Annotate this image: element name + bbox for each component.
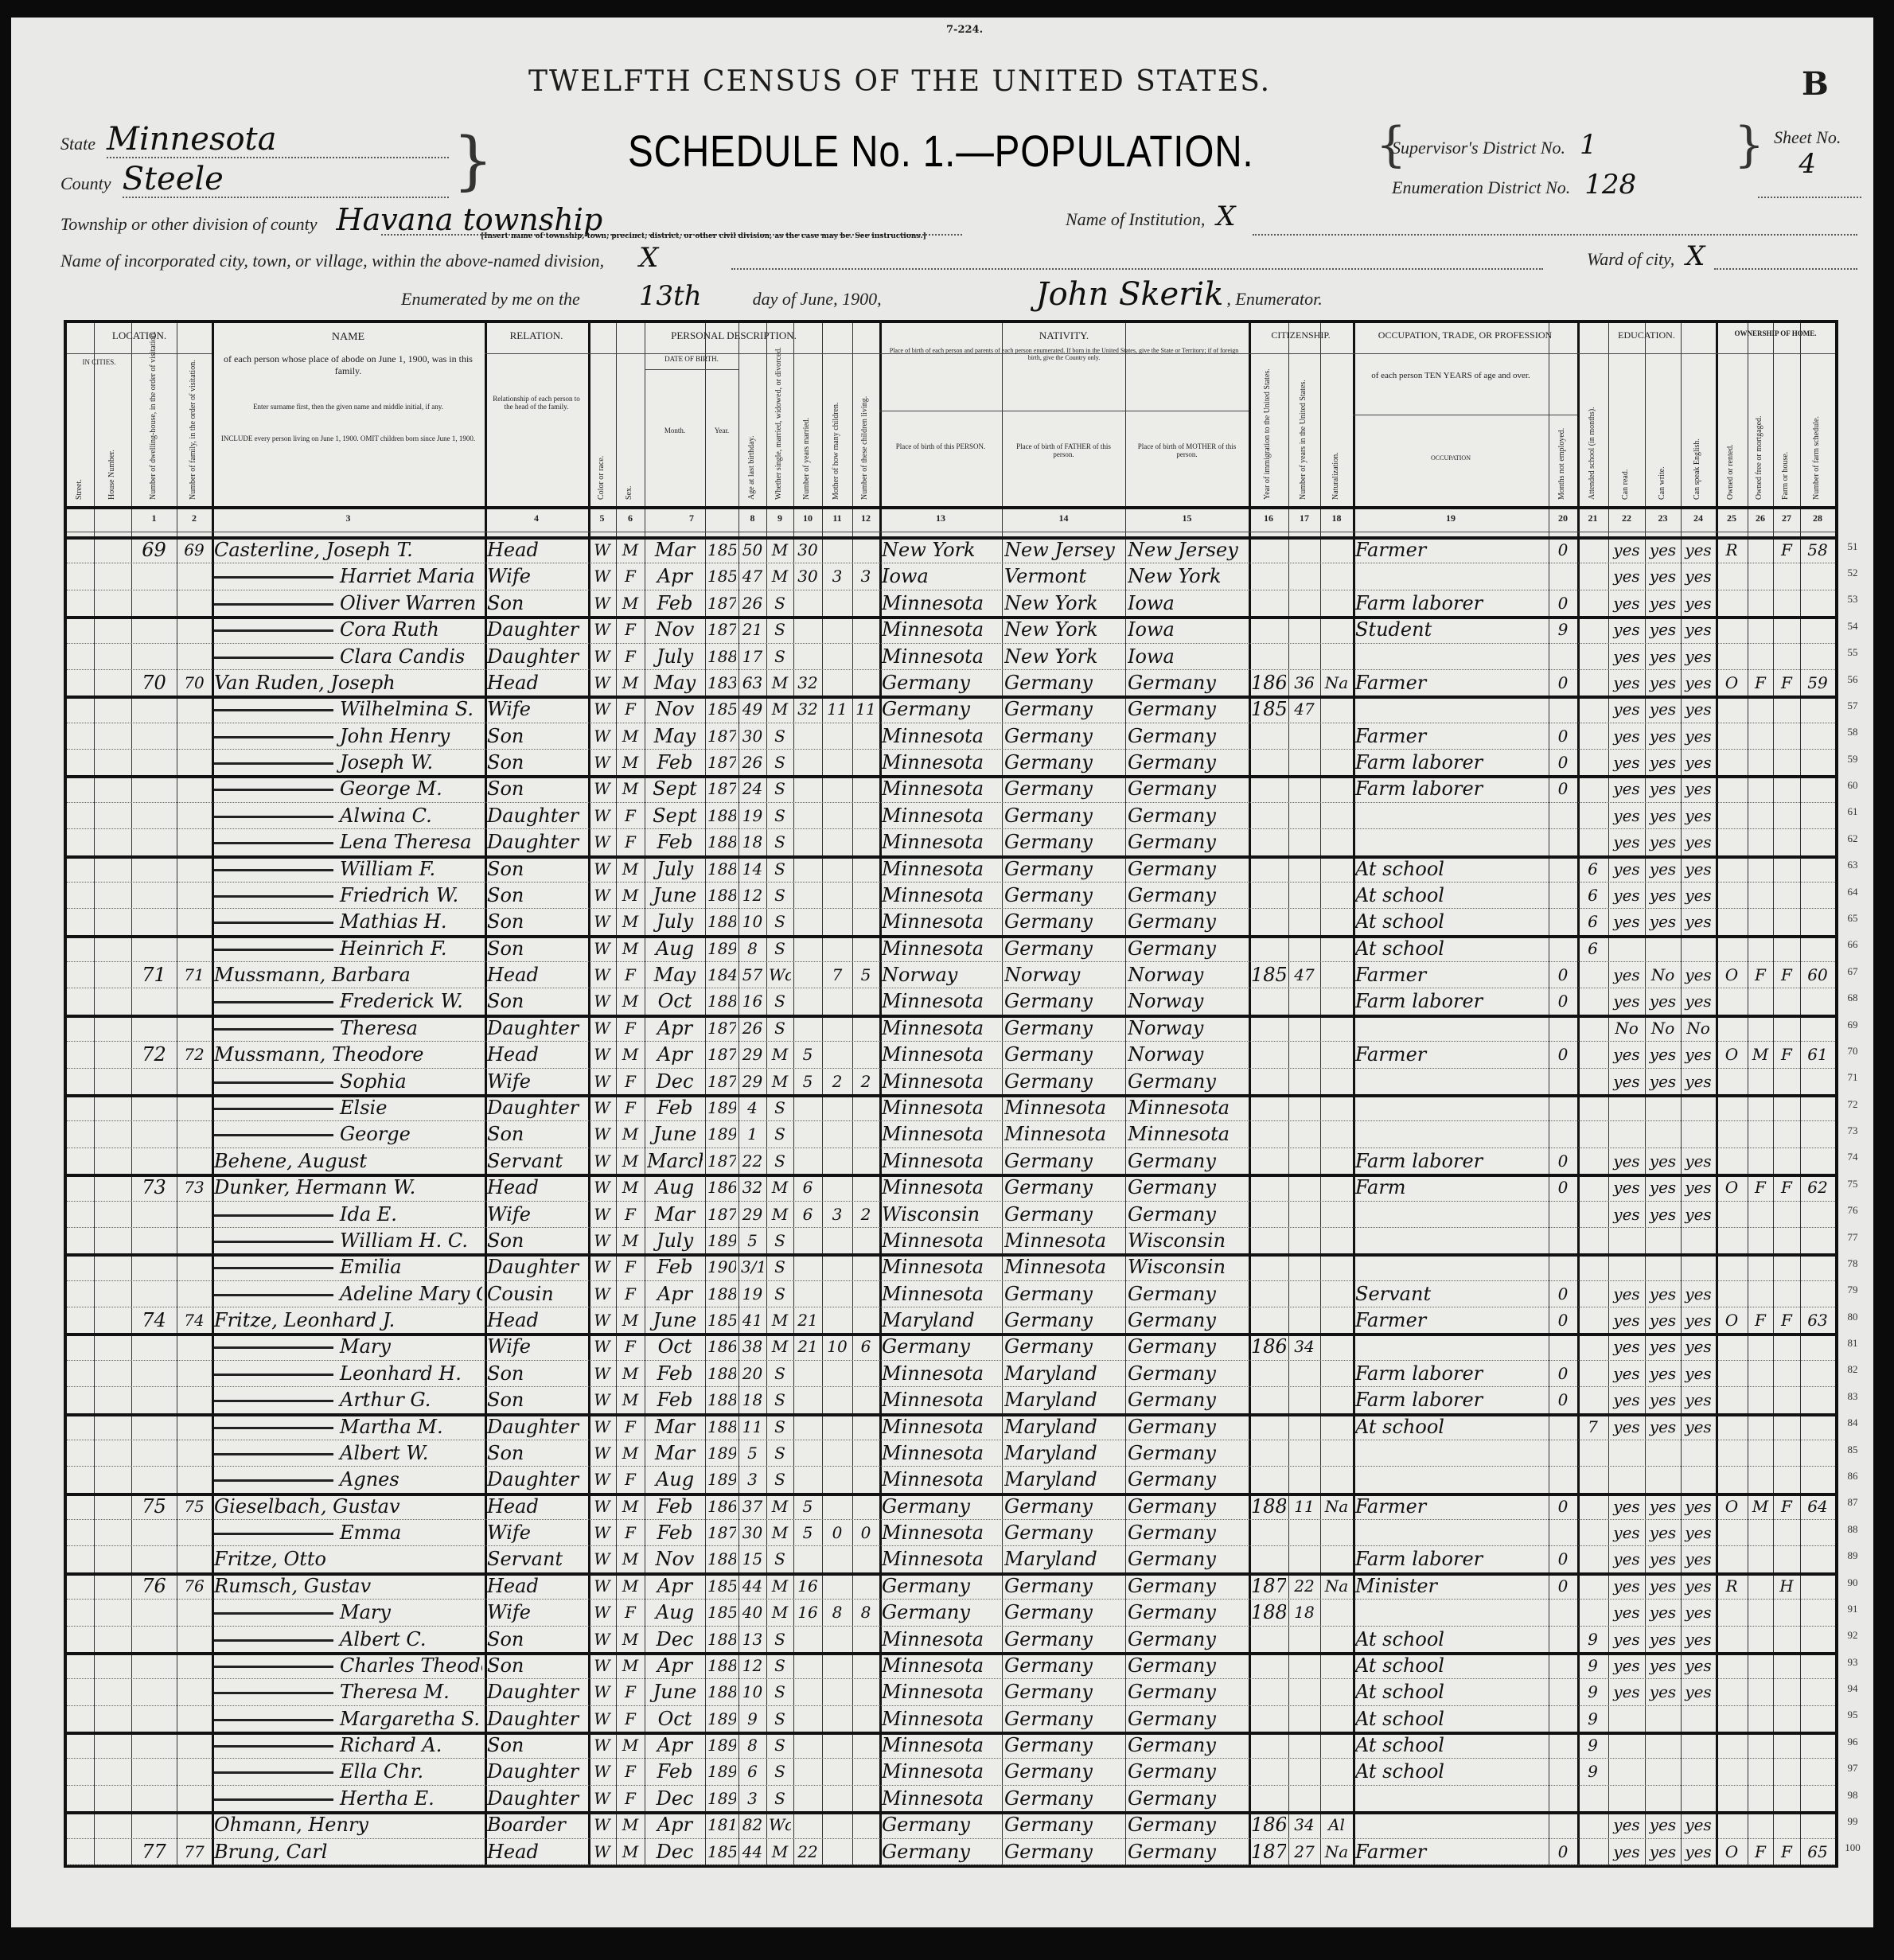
cell-cl xyxy=(855,1361,877,1385)
cell-mne: 9 xyxy=(1551,617,1575,641)
cell-yr: 1900 xyxy=(707,1254,736,1279)
cell-own: O xyxy=(1718,1175,1745,1199)
cell-col: W xyxy=(590,803,614,828)
cell-fs xyxy=(1802,856,1833,881)
cell-own xyxy=(1718,1254,1745,1279)
cell-age: 5 xyxy=(741,1440,764,1465)
cell-mar: S xyxy=(769,1095,791,1120)
cell-own xyxy=(1718,1281,1745,1306)
cell-fh xyxy=(1775,696,1798,721)
cell-fam xyxy=(179,1520,209,1545)
cell-imm xyxy=(1251,1281,1286,1306)
cell-own xyxy=(1718,1228,1745,1253)
cell-name: Richard A. xyxy=(214,1732,482,1757)
cell-fh xyxy=(1775,1520,1798,1545)
cell-bm: Germany xyxy=(1128,1281,1246,1306)
cell-rd: yes xyxy=(1611,909,1643,933)
cell-bf: Germany xyxy=(1004,1759,1123,1783)
ditto-dash xyxy=(214,895,333,898)
cell-age: 14 xyxy=(741,856,764,881)
cell-bp: Minnesota xyxy=(882,1706,1000,1731)
cell-yr: 1850 xyxy=(707,537,736,562)
cell-mon: Mar xyxy=(647,1414,703,1439)
cell-rel: Cousin xyxy=(487,1281,586,1306)
cell-mon: March xyxy=(647,1148,703,1173)
cell-col: W xyxy=(590,909,614,933)
cell-fam xyxy=(179,1679,209,1704)
cell-mar: M xyxy=(769,1573,791,1598)
cell-imm xyxy=(1251,856,1286,881)
cell-fam xyxy=(179,1627,209,1651)
header-rule xyxy=(879,411,1249,411)
cell-col: W xyxy=(590,590,614,615)
cell-bp: Minnesota xyxy=(882,829,1000,854)
cell-bp: Minnesota xyxy=(882,1546,1000,1571)
cell-yr: 1898 xyxy=(707,1121,736,1146)
cell-mar: S xyxy=(769,1440,791,1465)
cell-fm xyxy=(1750,1254,1771,1279)
cell-cl xyxy=(855,829,877,854)
cell-nat xyxy=(1323,909,1350,933)
cell-moc xyxy=(824,1573,850,1598)
cell-fs xyxy=(1802,988,1833,1013)
cell-occ xyxy=(1355,1334,1546,1358)
cell-fs: 63 xyxy=(1802,1307,1833,1332)
cell-mne: 0 xyxy=(1551,1387,1575,1412)
cell-dw xyxy=(134,803,174,828)
cell-sch: 9 xyxy=(1580,1627,1606,1651)
cell-sex: F xyxy=(618,1015,642,1040)
cell-col: W xyxy=(590,1679,614,1704)
column-number: 27 xyxy=(1773,512,1800,524)
cell-rel: Son xyxy=(487,1121,586,1146)
cell-yr: 1896 xyxy=(707,1467,736,1491)
cell-age: 63 xyxy=(741,670,764,695)
cell-rel: Wife xyxy=(487,1600,586,1624)
line-number: 66 xyxy=(1841,938,1864,951)
cell-fam xyxy=(179,1653,209,1677)
cell-nat xyxy=(1323,1627,1350,1651)
cell-col: W xyxy=(590,1015,614,1040)
cell-mon: June xyxy=(647,1679,703,1704)
cell-mar: S xyxy=(769,1281,791,1306)
cell-dw xyxy=(134,1334,174,1358)
cell-age: 12 xyxy=(741,1653,764,1677)
header-rule xyxy=(645,369,739,370)
cell-fam xyxy=(179,1440,209,1465)
cell-fam: 72 xyxy=(179,1042,209,1066)
cell-yr: 1871 xyxy=(707,1202,736,1226)
cell-moc xyxy=(824,909,850,933)
cell-sch xyxy=(1580,1307,1606,1332)
cell-fs xyxy=(1802,617,1833,641)
cell-col: W xyxy=(590,644,614,668)
cell-age: 18 xyxy=(741,829,764,854)
cell-occ: Farmer xyxy=(1355,1307,1546,1332)
vertical-header-fm: Owned free or mortgaged. xyxy=(1755,371,1763,500)
cell-fam xyxy=(179,909,209,933)
cell-nat: Al xyxy=(1323,1812,1350,1837)
line-number: 80 xyxy=(1841,1311,1864,1323)
cell-rd: yes xyxy=(1611,1812,1643,1837)
cell-sex: F xyxy=(618,1706,642,1731)
line-number: 67 xyxy=(1841,965,1864,978)
cell-fh xyxy=(1775,1228,1798,1253)
cell-bm: Germany xyxy=(1128,1307,1246,1332)
cell-moc xyxy=(824,1440,850,1465)
cell-yus: 22 xyxy=(1291,1573,1318,1598)
cell-fm xyxy=(1750,1069,1771,1093)
cell-yus xyxy=(1291,1387,1318,1412)
cell-fm xyxy=(1750,1334,1771,1358)
cell-fs xyxy=(1802,1069,1833,1093)
cell-fs xyxy=(1802,1254,1833,1279)
cell-bp: Minnesota xyxy=(882,776,1000,801)
cell-cl xyxy=(855,1786,877,1810)
cell-age: 82 xyxy=(741,1812,764,1837)
cell-wr: yes xyxy=(1647,883,1678,907)
cell-rd: yes xyxy=(1611,776,1643,801)
cell-yr: 1874 xyxy=(707,1015,736,1040)
cell-bm: Germany xyxy=(1128,1520,1246,1545)
cell-mne: 0 xyxy=(1551,723,1575,748)
cell-bm: Germany xyxy=(1128,1839,1246,1864)
cell-rd xyxy=(1611,1786,1643,1810)
cell-fh xyxy=(1775,1361,1798,1385)
cell-name: Brung, Carl xyxy=(214,1839,482,1864)
cell-age: 41 xyxy=(741,1307,764,1332)
cell-nat xyxy=(1323,1307,1350,1332)
cell-mne xyxy=(1551,1627,1575,1651)
ditto-dash xyxy=(214,1346,333,1349)
cell-nat xyxy=(1323,1387,1350,1412)
cell-bp: Germany xyxy=(882,1494,1000,1518)
cell-ym xyxy=(796,856,820,881)
cell-dw xyxy=(134,1414,174,1439)
cell-name: Adeline Mary C. xyxy=(214,1281,482,1306)
cell-mne xyxy=(1551,1759,1575,1783)
cell-wr: No xyxy=(1647,1015,1678,1040)
cell-imm: 1873 xyxy=(1251,1839,1286,1864)
cell-rd: yes xyxy=(1611,1148,1643,1173)
cell-bp: Germany xyxy=(882,1812,1000,1837)
cell-fh xyxy=(1775,1467,1798,1491)
cell-wr: yes xyxy=(1647,696,1678,721)
cell-col: W xyxy=(590,1202,614,1226)
cell-en: yes xyxy=(1683,803,1713,828)
cell-moc xyxy=(824,883,850,907)
column-number: 1 xyxy=(131,512,177,524)
cell-rel: Son xyxy=(487,750,586,774)
cell-rel: Head xyxy=(487,1175,586,1199)
cell-age: 13 xyxy=(741,1627,764,1651)
cell-wr: yes xyxy=(1647,590,1678,615)
cell-sch xyxy=(1580,1573,1606,1598)
cell-nat xyxy=(1323,644,1350,668)
cell-rel: Son xyxy=(487,936,586,961)
cell-yr: 1895 xyxy=(707,1228,736,1253)
cell-sex: F xyxy=(618,1254,642,1279)
cell-wr: yes xyxy=(1647,750,1678,774)
cell-en: yes xyxy=(1683,909,1713,933)
vertical-header-wr: Can write. xyxy=(1658,371,1666,500)
cell-moc xyxy=(824,1015,850,1040)
cell-dw xyxy=(134,1706,174,1731)
cell-fam xyxy=(179,1254,209,1279)
cell-nat xyxy=(1323,1095,1350,1120)
cell-name: Clara Candis xyxy=(214,644,482,668)
cell-yr: 1870 xyxy=(707,723,736,748)
cell-cl xyxy=(855,1494,877,1518)
cell-cl xyxy=(855,1414,877,1439)
vertical-header-yus: Number of years in the United States. xyxy=(1299,371,1307,500)
cell-sex: M xyxy=(618,936,642,961)
cell-bp: Minnesota xyxy=(882,1042,1000,1066)
cell-yus: 47 xyxy=(1291,696,1318,721)
cell-moc xyxy=(824,670,850,695)
cell-en xyxy=(1683,1228,1713,1253)
cell-fm xyxy=(1750,1573,1771,1598)
cell-cl xyxy=(855,1440,877,1465)
cell-moc xyxy=(824,1839,850,1864)
cell-imm: 1853 xyxy=(1251,962,1286,987)
cell-own xyxy=(1718,696,1745,721)
cell-own xyxy=(1718,1812,1745,1837)
cell-own: O xyxy=(1718,1839,1745,1864)
cell-own xyxy=(1718,1467,1745,1491)
cell-own: O xyxy=(1718,670,1745,695)
cell-sch xyxy=(1580,1361,1606,1385)
cell-occ: At school xyxy=(1355,1759,1546,1783)
line-number: 95 xyxy=(1841,1709,1864,1721)
supervisor-value: 1 xyxy=(1580,129,1597,161)
column-number: 4 xyxy=(485,512,588,524)
name-header: NAME xyxy=(212,331,485,344)
cell-rd: yes xyxy=(1611,988,1643,1013)
column-number: 13 xyxy=(879,512,1002,524)
cell-fm xyxy=(1750,1706,1771,1731)
cell-yus xyxy=(1291,1042,1318,1066)
cell-en: yes xyxy=(1683,1679,1713,1704)
cell-ym xyxy=(796,1467,820,1491)
cell-rel: Head xyxy=(487,1839,586,1864)
cell-yr: 1871 xyxy=(707,1069,736,1093)
cell-bp: Minnesota xyxy=(882,1467,1000,1491)
cell-imm xyxy=(1251,1732,1286,1757)
cell-fs xyxy=(1802,1121,1833,1146)
ditto-dash xyxy=(214,816,333,818)
cell-bp: Minnesota xyxy=(882,1520,1000,1545)
cell-en xyxy=(1683,1254,1713,1279)
cell-bm: Germany xyxy=(1128,670,1246,695)
cell-fh: F xyxy=(1775,1042,1798,1066)
cell-fam xyxy=(179,829,209,854)
cell-fam xyxy=(179,1095,209,1120)
column-number: 15 xyxy=(1125,512,1249,524)
cell-name: William H. C. xyxy=(214,1228,482,1253)
cell-imm: 1864 xyxy=(1251,670,1286,695)
ditto-dash xyxy=(214,1001,333,1003)
cell-en: yes xyxy=(1683,1175,1713,1199)
cell-occ: At school xyxy=(1355,1414,1546,1439)
cell-sch xyxy=(1580,1015,1606,1040)
cell-yr: 1889 xyxy=(707,1414,736,1439)
enumerated-line: Enumerated by me on the 13th day of June… xyxy=(401,276,1323,313)
cell-sch xyxy=(1580,988,1606,1013)
cell-bm: Germany xyxy=(1128,723,1246,748)
cell-imm xyxy=(1251,563,1286,588)
cell-mne: 0 xyxy=(1551,988,1575,1013)
cell-fam: 75 xyxy=(179,1494,209,1518)
cell-moc: 8 xyxy=(824,1600,850,1624)
cell-age: 11 xyxy=(741,1414,764,1439)
vertical-header-cl: Number of these children living. xyxy=(860,371,869,500)
cell-fam: 76 xyxy=(179,1573,209,1598)
cell-bp: Minnesota xyxy=(882,1732,1000,1757)
cell-col: W xyxy=(590,563,614,588)
cell-fam xyxy=(179,1414,209,1439)
cell-fh xyxy=(1775,590,1798,615)
cell-mon: Aug xyxy=(647,936,703,961)
ditto-dash xyxy=(214,657,333,659)
cell-occ xyxy=(1355,1786,1546,1810)
cell-yr: 1883 xyxy=(707,988,736,1013)
cell-mar: M xyxy=(769,1042,791,1066)
cell-own xyxy=(1718,1015,1745,1040)
cell-age: 57 xyxy=(741,962,764,987)
cell-occ: Farm laborer xyxy=(1355,1546,1546,1571)
cell-nat xyxy=(1323,1361,1350,1385)
cell-bp: Minnesota xyxy=(882,1121,1000,1146)
cell-mar: S xyxy=(769,723,791,748)
cell-age: 26 xyxy=(741,750,764,774)
cell-dw xyxy=(134,696,174,721)
cell-dw xyxy=(134,1520,174,1545)
cell-yus xyxy=(1291,856,1318,881)
cell-imm xyxy=(1251,1627,1286,1651)
cell-dw: 74 xyxy=(134,1307,174,1332)
cell-mon: Apr xyxy=(647,1573,703,1598)
cell-rd xyxy=(1611,1228,1643,1253)
cell-ym: 16 xyxy=(796,1600,820,1624)
cell-mar: S xyxy=(769,1653,791,1677)
cell-yus xyxy=(1291,590,1318,615)
cell-fh: F xyxy=(1775,1839,1798,1864)
cell-mon: Dec xyxy=(647,1627,703,1651)
cell-ym: 5 xyxy=(796,1042,820,1066)
cell-sex: M xyxy=(618,1121,642,1146)
cell-own xyxy=(1718,1679,1745,1704)
cell-mon: Sept xyxy=(647,803,703,828)
line-number: 76 xyxy=(1841,1204,1864,1217)
cell-nat xyxy=(1323,1334,1350,1358)
cell-sex: M xyxy=(618,723,642,748)
cell-bp: Maryland xyxy=(882,1307,1000,1332)
cell-nat xyxy=(1323,696,1350,721)
cell-fm xyxy=(1750,1627,1771,1651)
cell-en: yes xyxy=(1683,750,1713,774)
cell-rel: Son xyxy=(487,590,586,615)
cell-yus xyxy=(1291,1069,1318,1093)
cell-en: yes xyxy=(1683,1202,1713,1226)
cell-sch xyxy=(1580,1334,1606,1358)
cell-age: 15 xyxy=(741,1546,764,1571)
cell-age: 22 xyxy=(741,1148,764,1173)
cell-occ xyxy=(1355,696,1546,721)
cell-yr: 1890 xyxy=(707,1706,736,1731)
cell-sex: M xyxy=(618,1839,642,1864)
cell-col: W xyxy=(590,1732,614,1757)
cell-nat xyxy=(1323,962,1350,987)
cell-dw xyxy=(134,1387,174,1412)
cell-mne xyxy=(1551,1069,1575,1093)
header-rule xyxy=(67,353,212,354)
cell-nat xyxy=(1323,1254,1350,1279)
cell-name: Sophia xyxy=(214,1069,482,1093)
cell-en xyxy=(1683,1440,1713,1465)
cell-sch: 9 xyxy=(1580,1653,1606,1677)
cell-yr: 1881 xyxy=(707,1281,736,1306)
cell-moc xyxy=(824,1414,850,1439)
cell-mar: S xyxy=(769,988,791,1013)
cell-bm: Iowa xyxy=(1128,644,1246,668)
cell-moc xyxy=(824,988,850,1013)
ditto-dash xyxy=(214,1453,333,1455)
cell-sex: M xyxy=(618,1387,642,1412)
cell-dw xyxy=(134,988,174,1013)
cell-fm xyxy=(1750,883,1771,907)
cell-mon: July xyxy=(647,1228,703,1253)
cell-cl xyxy=(855,750,877,774)
census-page-scan: 7-224. TWELFTH CENSUS OF THE UNITED STAT… xyxy=(0,0,1894,1960)
cell-rd xyxy=(1611,936,1643,961)
cell-bm: Germany xyxy=(1128,1494,1246,1518)
cell-fam xyxy=(179,1759,209,1783)
cell-fh xyxy=(1775,1706,1798,1731)
cell-mar: M xyxy=(769,537,791,562)
vertical-header-moc: Mother of how many children. xyxy=(832,371,840,500)
birth-father-header: Place of birth of FATHER of this person. xyxy=(1007,442,1120,458)
cell-occ: Farmer xyxy=(1355,670,1546,695)
cell-sex: M xyxy=(618,1042,642,1066)
cell-yus: 34 xyxy=(1291,1334,1318,1358)
cell-dw xyxy=(134,644,174,668)
cell-nat xyxy=(1323,1148,1350,1173)
cell-rel: Daughter xyxy=(487,644,586,668)
cell-fam xyxy=(179,1069,209,1093)
cell-imm xyxy=(1251,590,1286,615)
cell-fh xyxy=(1775,1546,1798,1571)
cell-own xyxy=(1718,1732,1745,1757)
cell-cl: 0 xyxy=(855,1520,877,1545)
cell-name: George M. xyxy=(214,776,482,801)
cell-wr xyxy=(1647,1759,1678,1783)
cell-nat xyxy=(1323,1414,1350,1439)
cell-sex: F xyxy=(618,1281,642,1306)
cell-bp: Minnesota xyxy=(882,803,1000,828)
cell-col: W xyxy=(590,1254,614,1279)
line-number: 68 xyxy=(1841,992,1864,1004)
cell-bf: Germany xyxy=(1004,1281,1123,1306)
cell-nat: Na xyxy=(1323,1573,1350,1598)
cell-yus xyxy=(1291,829,1318,854)
cell-rel: Daughter xyxy=(487,829,586,854)
line-number: 89 xyxy=(1841,1549,1864,1562)
cell-mar: S xyxy=(769,856,791,881)
cell-mne xyxy=(1551,1334,1575,1358)
cell-bm: Germany xyxy=(1128,1148,1246,1173)
cell-imm xyxy=(1251,1121,1286,1146)
